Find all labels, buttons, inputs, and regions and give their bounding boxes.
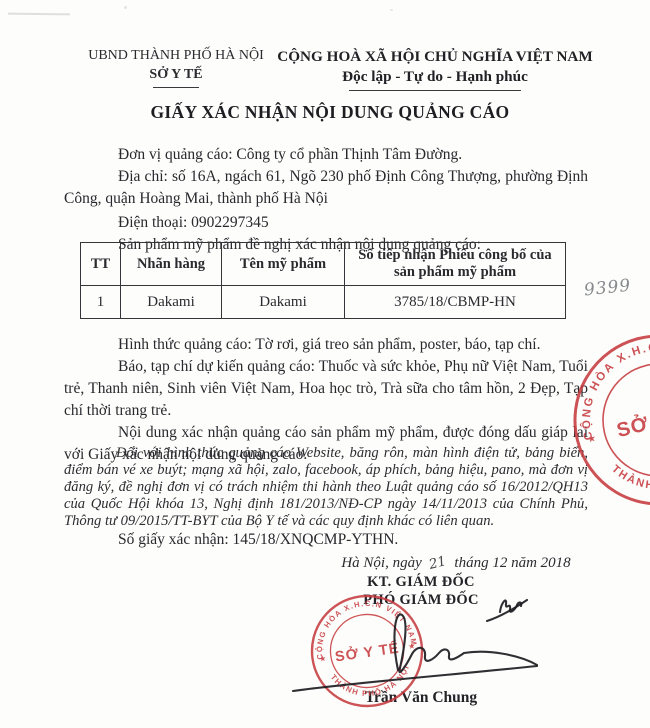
national-motto: Độc lập - Tự do - Hạnh phúc [272, 67, 598, 87]
certificate-number-paragraph: Số giấy xác nhận: 145/18/XNQCMP-YTHN. [64, 529, 588, 551]
date-prefix: Hà Nội, ngày [341, 555, 421, 571]
advertiser-paragraph: Đơn vị quảng cáo: Công ty cổ phần Thịnh … [64, 144, 588, 166]
cell-registration-no: 3785/18/CBMP-HN [345, 286, 566, 319]
scan-speck [390, 9, 393, 11]
table-header-row: TT Nhãn hàng Tên mỹ phẩm Số tiếp nhận Ph… [81, 243, 566, 286]
handwritten-annotation: 9399 [583, 276, 632, 301]
media-list-paragraph: Báo, tạp chí dự kiến quảng cáo: Thuốc và… [64, 356, 588, 422]
product-table: TT Nhãn hàng Tên mỹ phẩm Số tiếp nhận Ph… [80, 242, 566, 319]
issuing-authority-block: UBND THÀNH PHỐ HÀ NỘI SỞ Y TẾ [84, 46, 268, 88]
col-header-product-name: Tên mỹ phẩm [222, 243, 345, 286]
seal-inner-ring [591, 352, 650, 488]
seal-arc-bottom-text: THÀNH PHỐ HÀ NỘI [607, 436, 650, 505]
cell-tt: 1 [81, 286, 121, 319]
seal-center-text: SỞ Y TẾ [614, 398, 650, 442]
signed-for-title: KT. GIÁM ĐỐC [330, 574, 512, 591]
ad-format-paragraph: Hình thức quảng cáo: Tờ rơi, giá treo sả… [64, 334, 588, 356]
header-underline [349, 90, 521, 91]
document-title: GIẤY XÁC NHẬN NỘI DUNG QUẢNG CÁO [70, 102, 590, 123]
handwritten-day: 21 [428, 553, 449, 573]
phone-paragraph: Điện thoại: 0902297345 [64, 212, 588, 234]
seal-inner-ring [326, 610, 408, 692]
col-header-brand: Nhãn hàng [121, 243, 222, 286]
cell-brand: Dakami [121, 286, 222, 319]
date-suffix: tháng 12 năm 2018 [454, 555, 570, 571]
seal-center-text: SỞ Y TẾ [334, 639, 401, 666]
seal-star-icon: ★ [318, 654, 326, 664]
national-name: CỘNG HOÀ XÃ HỘI CHỦ NGHĨA VIỆT NAM [272, 47, 598, 67]
national-motto-block: CỘNG HOÀ XÃ HỘI CHỦ NGHĨA VIỆT NAM Độc l… [272, 47, 598, 91]
scan-speck [124, 6, 127, 9]
place-date-line: Hà Nội, ngày 21 tháng 12 năm 2018 [318, 555, 594, 572]
scanned-certificate-page: UBND THÀNH PHỐ HÀ NỘI SỞ Y TẾ CỘNG HOÀ X… [0, 0, 650, 728]
cell-product-name: Dakami [222, 286, 345, 319]
col-header-registration-no: Số tiếp nhận Phiếu công bố của sản phẩm … [345, 243, 566, 286]
table-row: 1 Dakami Dakami 3785/18/CBMP-HN [81, 286, 566, 319]
signer-title: PHÓ GIÁM ĐỐC [330, 592, 512, 609]
legal-note-paragraph: Đối với hình thức quảng cáo Website, băn… [64, 445, 588, 530]
signer-name: Trần Văn Chung [328, 689, 514, 707]
header-underline [153, 87, 199, 88]
signature-underline-stroke [293, 666, 537, 691]
authority-line2: SỞ Y TẾ [84, 65, 268, 84]
address-paragraph: Địa chỉ: số 16A, ngách 61, Ngõ 230 phố Đ… [64, 166, 588, 210]
col-header-tt: TT [81, 243, 121, 286]
signature-main-stroke [395, 614, 537, 672]
authority-line1: UBND THÀNH PHỐ HÀ NỘI [84, 46, 268, 65]
scan-artifact-line [8, 13, 70, 16]
seal-star-icon: ★ [408, 641, 416, 651]
